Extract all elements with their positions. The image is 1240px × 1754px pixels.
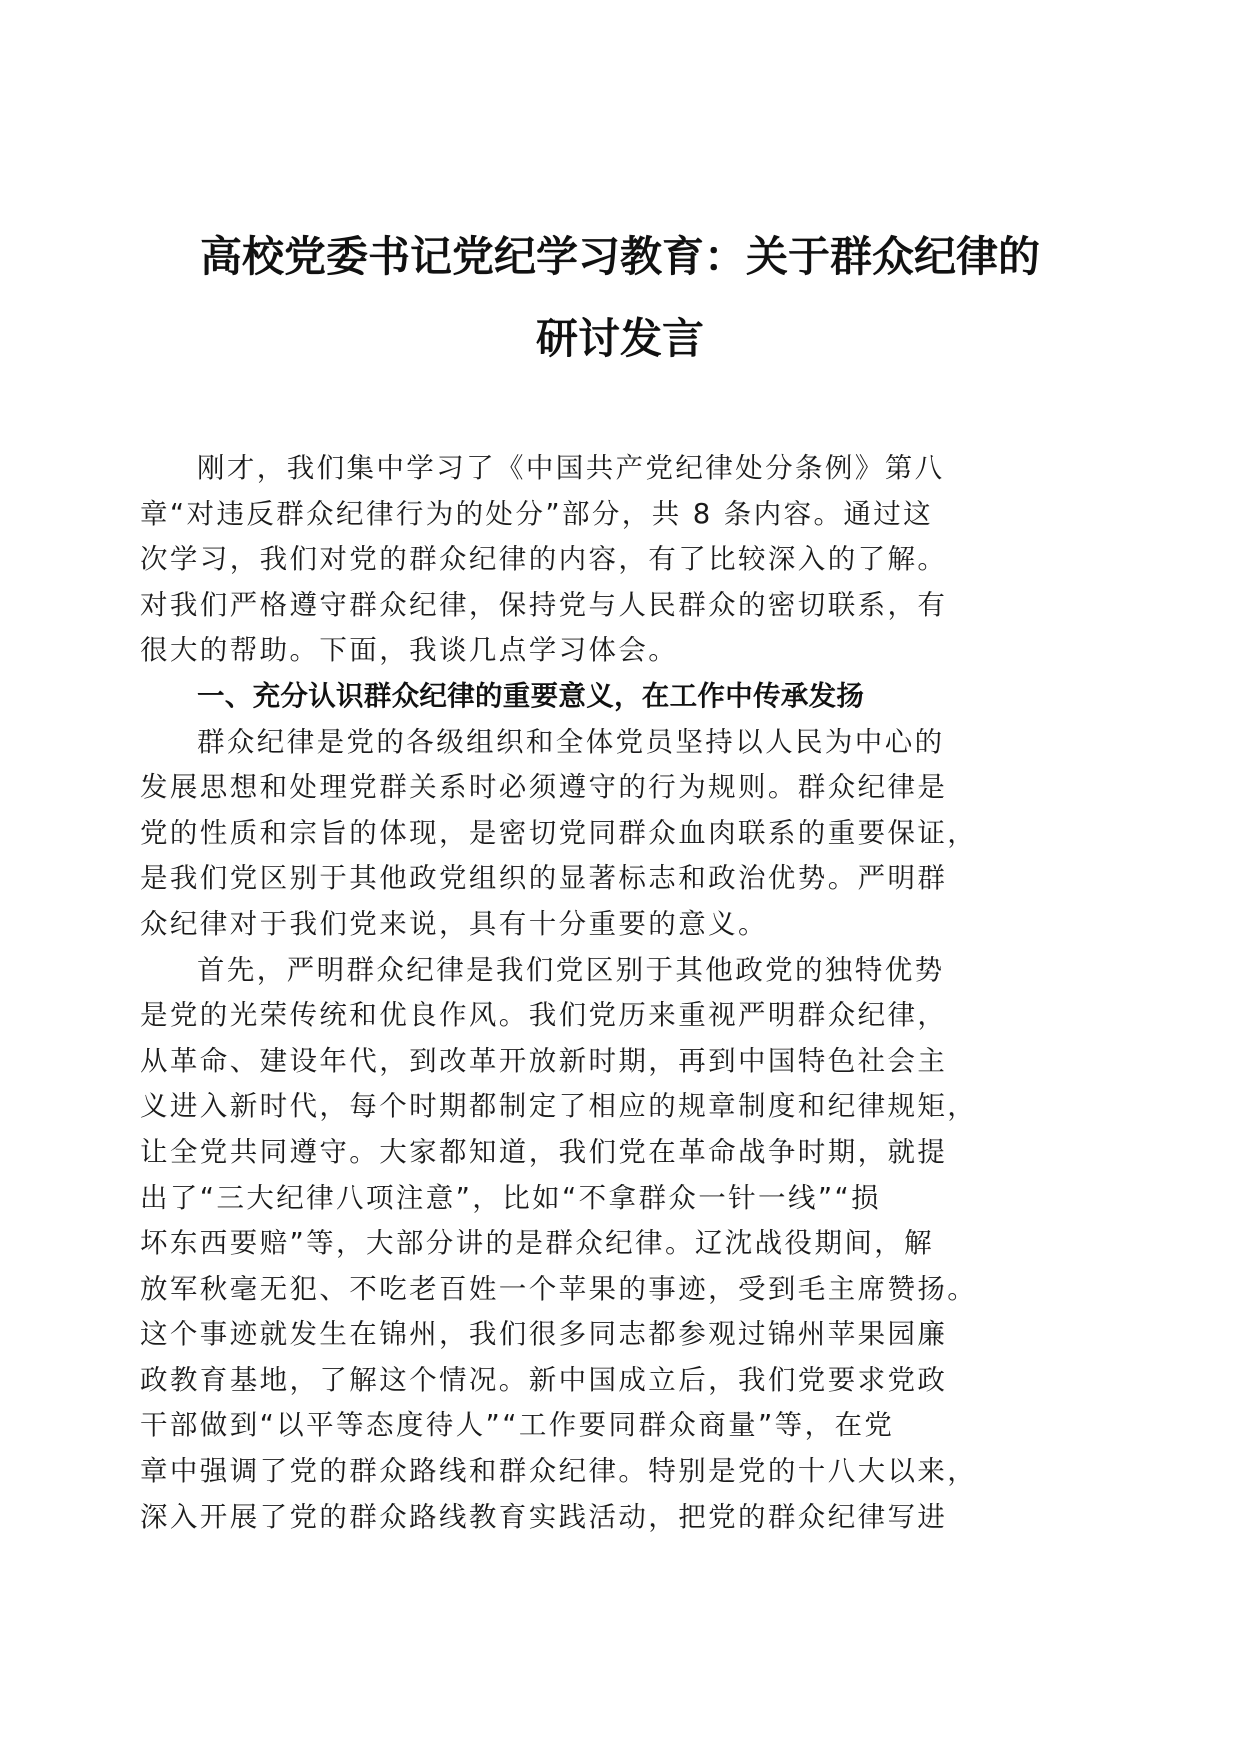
paragraph-line: 这个事迹就发生在锦州，我们很多同志都参观过锦州苹果园廉 <box>140 1312 970 1358</box>
paragraph-line: 深入开展了党的群众路线教育实践活动，把党的群众纪律写进 <box>140 1495 970 1541</box>
document-page: 高校党委书记党纪学习教育：关于群众纪律的 研讨发言 刚才，我们集中学习了《中国共… <box>0 0 1240 1754</box>
paragraph-line: 首先，严明群众纪律是我们党区别于其他政党的独特优势 <box>140 948 970 994</box>
paragraph-line: 章中强调了党的群众路线和群众纪律。特别是党的十八大以来， <box>140 1449 970 1495</box>
paragraph-line: 章“对违反群众纪律行为的处分”部分，共 8 条内容。通过这 <box>140 492 970 538</box>
paragraph-line: 对我们严格遵守群众纪律，保持党与人民群众的密切联系，有 <box>140 583 970 629</box>
paragraph-line: 刚才，我们集中学习了《中国共产党纪律处分条例》第八 <box>140 446 970 492</box>
document-title: 高校党委书记党纪学习教育：关于群众纪律的 研讨发言 <box>140 216 1100 380</box>
paragraph-line: 党的性质和宗旨的体现，是密切党同群众血肉联系的重要保证， <box>140 811 970 857</box>
paragraph-line: 坏东西要赔”等，大部分讲的是群众纪律。辽沈战役期间，解 <box>140 1221 970 1267</box>
paragraph-line: 众纪律对于我们党来说，具有十分重要的意义。 <box>140 902 970 948</box>
document-body: 刚才，我们集中学习了《中国共产党纪律处分条例》第八章“对违反群众纪律行为的处分”… <box>140 446 970 1540</box>
paragraph-line: 群众纪律是党的各级组织和全体党员坚持以人民为中心的 <box>140 720 970 766</box>
paragraph-line: 发展思想和处理党群关系时必须遵守的行为规则。群众纪律是 <box>140 765 970 811</box>
paragraph-line: 让全党共同遵守。大家都知道，我们党在革命战争时期，就提 <box>140 1130 970 1176</box>
title-line: 研讨发言 <box>140 298 1100 380</box>
paragraph-line: 干部做到“以平等态度待人”“工作要同群众商量”等，在党 <box>140 1403 970 1449</box>
paragraph-line: 出了“三大纪律八项注意”，比如“不拿群众一针一线”“损 <box>140 1176 970 1222</box>
section-heading: 一、充分认识群众纪律的重要意义，在工作中传承发扬 <box>140 674 970 720</box>
paragraph-line: 义进入新时代，每个时期都制定了相应的规章制度和纪律规矩， <box>140 1084 970 1130</box>
paragraph-line: 是党的光荣传统和优良作风。我们党历来重视严明群众纪律， <box>140 993 970 1039</box>
paragraph-line: 从革命、建设年代，到改革开放新时期，再到中国特色社会主 <box>140 1039 970 1085</box>
paragraph-line: 是我们党区别于其他政党组织的显著标志和政治优势。严明群 <box>140 856 970 902</box>
paragraph-line: 很大的帮助。下面，我谈几点学习体会。 <box>140 628 970 674</box>
paragraph-line: 政教育基地，了解这个情况。新中国成立后，我们党要求党政 <box>140 1358 970 1404</box>
title-line: 高校党委书记党纪学习教育：关于群众纪律的 <box>140 216 1100 298</box>
paragraph-line: 放军秋毫无犯、不吃老百姓一个苹果的事迹，受到毛主席赞扬。 <box>140 1267 970 1313</box>
paragraph-line: 次学习，我们对党的群众纪律的内容，有了比较深入的了解。 <box>140 537 970 583</box>
